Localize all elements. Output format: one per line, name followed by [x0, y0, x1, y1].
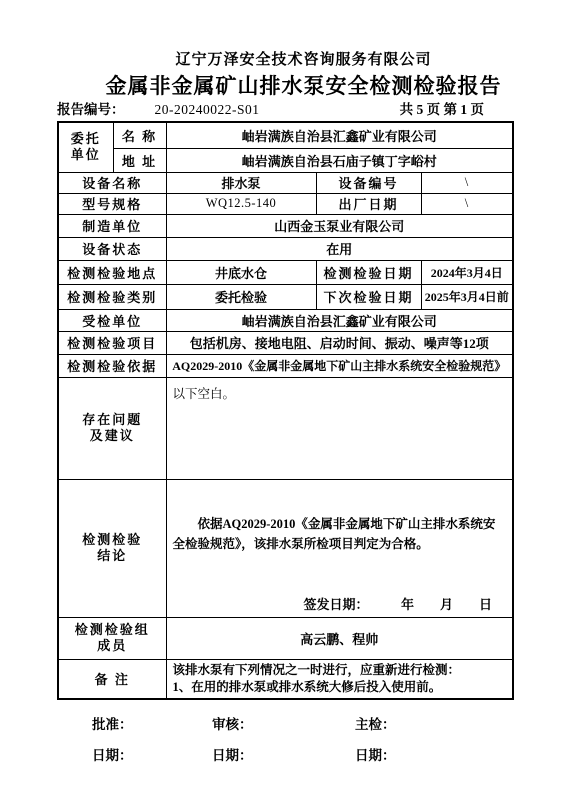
approve-label: 批准：: [92, 716, 212, 734]
row-client-name: 委托 单位 名 称 岫岩满族自治县汇鑫矿业有限公司: [58, 122, 513, 148]
next-date-label: 下次检验日期: [316, 284, 421, 309]
client-group-label: 委托 单位: [58, 122, 113, 172]
items-value: 包括机房、接地电阻、启动时间、振动、噪声等12项: [166, 331, 513, 354]
remark-cell: 该排水泵有下列情况之一时进行，应重新进行检测： 1、在用的排水泵或排水系统大修后…: [166, 659, 513, 699]
device-name-value: 排水泵: [166, 172, 316, 193]
signature-footer: 批准： 审核： 主检： 日期： 日期： 日期：: [57, 716, 512, 765]
inspected-unit-value: 岫岩满族自治县汇鑫矿业有限公司: [166, 309, 513, 331]
report-page: 辽宁万泽安全技术咨询服务有限公司 金属非金属矿山排水泵安全检测检验报告 报告编号…: [0, 0, 567, 802]
status-value: 在用: [166, 237, 513, 260]
category-value: 委托检验: [166, 284, 316, 309]
conclusion-text: 依据AQ2029-2010《金属非金属地下矿山主排水系统安全检验规范》，该排水泵…: [173, 514, 507, 554]
client-address-label: 地 址: [113, 148, 166, 172]
conclusion-cell: 依据AQ2029-2010《金属非金属地下矿山主排水系统安全检验规范》，该排水泵…: [166, 479, 513, 617]
status-label: 设备状态: [58, 237, 166, 260]
location-value: 井底水仓: [166, 260, 316, 284]
sign-date-line: 签发日期： 年 月 日: [173, 594, 507, 613]
location-label: 检测检验地点: [58, 260, 166, 284]
client-address-value: 岫岩满族自治县石庙子镇丁字峪村: [166, 148, 513, 172]
date-row: 日期： 日期： 日期：: [57, 747, 512, 765]
client-name-label: 名 称: [113, 122, 166, 148]
model-value: WQ12.5-140: [166, 193, 316, 214]
report-no-label: 报告编号：: [57, 101, 125, 119]
category-label: 检测检验类别: [58, 284, 166, 309]
mfg-date-value: \: [421, 193, 513, 214]
row-items: 检测检验项目 包括机房、接地电阻、启动时间、振动、噪声等12项: [58, 331, 513, 354]
row-model: 型号规格 WQ12.5-140 出厂日期 \: [58, 193, 513, 214]
row-problems: 存在问题 及建议 以下空白。: [58, 377, 513, 479]
row-basis: 检测检验依据 AQ2029-2010《金属非金属地下矿山主排水系统安全检验规范》: [58, 354, 513, 377]
row-location: 检测检验地点 井底水仓 检测检验日期 2024年3月4日: [58, 260, 513, 284]
row-remark: 备 注 该排水泵有下列情况之一时进行，应重新进行检测： 1、在用的排水泵或排水系…: [58, 659, 513, 699]
basis-label: 检测检验依据: [58, 354, 166, 377]
approve-date-label: 日期：: [92, 747, 212, 765]
conclusion-label: 检测检验 结论: [58, 479, 166, 617]
remark-label: 备 注: [58, 659, 166, 699]
row-inspected-unit: 受检单位 岫岩满族自治县汇鑫矿业有限公司: [58, 309, 513, 331]
report-table: 委托 单位 名 称 岫岩满族自治县汇鑫矿业有限公司 地 址 岫岩满族自治县石庙子…: [57, 121, 514, 700]
company-name: 辽宁万泽安全技术咨询服务有限公司: [40, 52, 567, 68]
items-label: 检测检验项目: [58, 331, 166, 354]
manufacturer-value: 山西金玉泵业有限公司: [166, 214, 513, 237]
remark-line-1: 该排水泵有下列情况之一时进行，应重新进行检测：: [173, 662, 507, 679]
row-category: 检测检验类别 委托检验 下次检验日期 2025年3月4日前: [58, 284, 513, 309]
chief-label: 主检：: [355, 716, 396, 734]
basis-value: AQ2029-2010《金属非金属地下矿山主排水系统安全检验规范》: [166, 354, 513, 377]
next-date-value: 2025年3月4日前: [421, 284, 513, 309]
problems-label: 存在问题 及建议: [58, 377, 166, 479]
device-no-value: \: [421, 172, 513, 193]
remark-line-2: 1、在用的排水泵或排水系统大修后投入使用前。: [173, 679, 507, 696]
mfg-date-label: 出厂日期: [316, 193, 421, 214]
client-name-value: 岫岩满族自治县汇鑫矿业有限公司: [166, 122, 513, 148]
signature-row: 批准： 审核： 主检：: [57, 716, 512, 734]
device-name-label: 设备名称: [58, 172, 166, 193]
row-manufacturer: 制造单位 山西金玉泵业有限公司: [58, 214, 513, 237]
row-client-address: 地 址 岫岩满族自治县石庙子镇丁字峪村: [58, 148, 513, 172]
review-date-label: 日期：: [212, 747, 355, 765]
device-no-label: 设备编号: [316, 172, 421, 193]
inspect-date-label: 检测检验日期: [316, 260, 421, 284]
row-status: 设备状态 在用: [58, 237, 513, 260]
report-meta-row: 报告编号： 20-20240022-S01 共 5 页 第 1 页: [57, 101, 512, 119]
inspected-unit-label: 受检单位: [58, 309, 166, 331]
inspect-date-value: 2024年3月4日: [421, 260, 513, 284]
team-value: 高云鹏、程帅: [166, 617, 513, 659]
report-title: 金属非金属矿山排水泵安全检测检验报告: [40, 73, 567, 99]
page-count-info: 共 5 页 第 1 页: [400, 101, 512, 119]
report-no-value: 20-20240022-S01: [155, 101, 260, 119]
row-conclusion: 检测检验 结论 依据AQ2029-2010《金属非金属地下矿山主排水系统安全检验…: [58, 479, 513, 617]
model-label: 型号规格: [58, 193, 166, 214]
row-device-name: 设备名称 排水泵 设备编号 \: [58, 172, 513, 193]
review-label: 审核：: [212, 716, 355, 734]
problems-value: 以下空白。: [166, 377, 513, 479]
manufacturer-label: 制造单位: [58, 214, 166, 237]
chief-date-label: 日期：: [355, 747, 396, 765]
team-label: 检测检验组 成员: [58, 617, 166, 659]
row-team: 检测检验组 成员 高云鹏、程帅: [58, 617, 513, 659]
